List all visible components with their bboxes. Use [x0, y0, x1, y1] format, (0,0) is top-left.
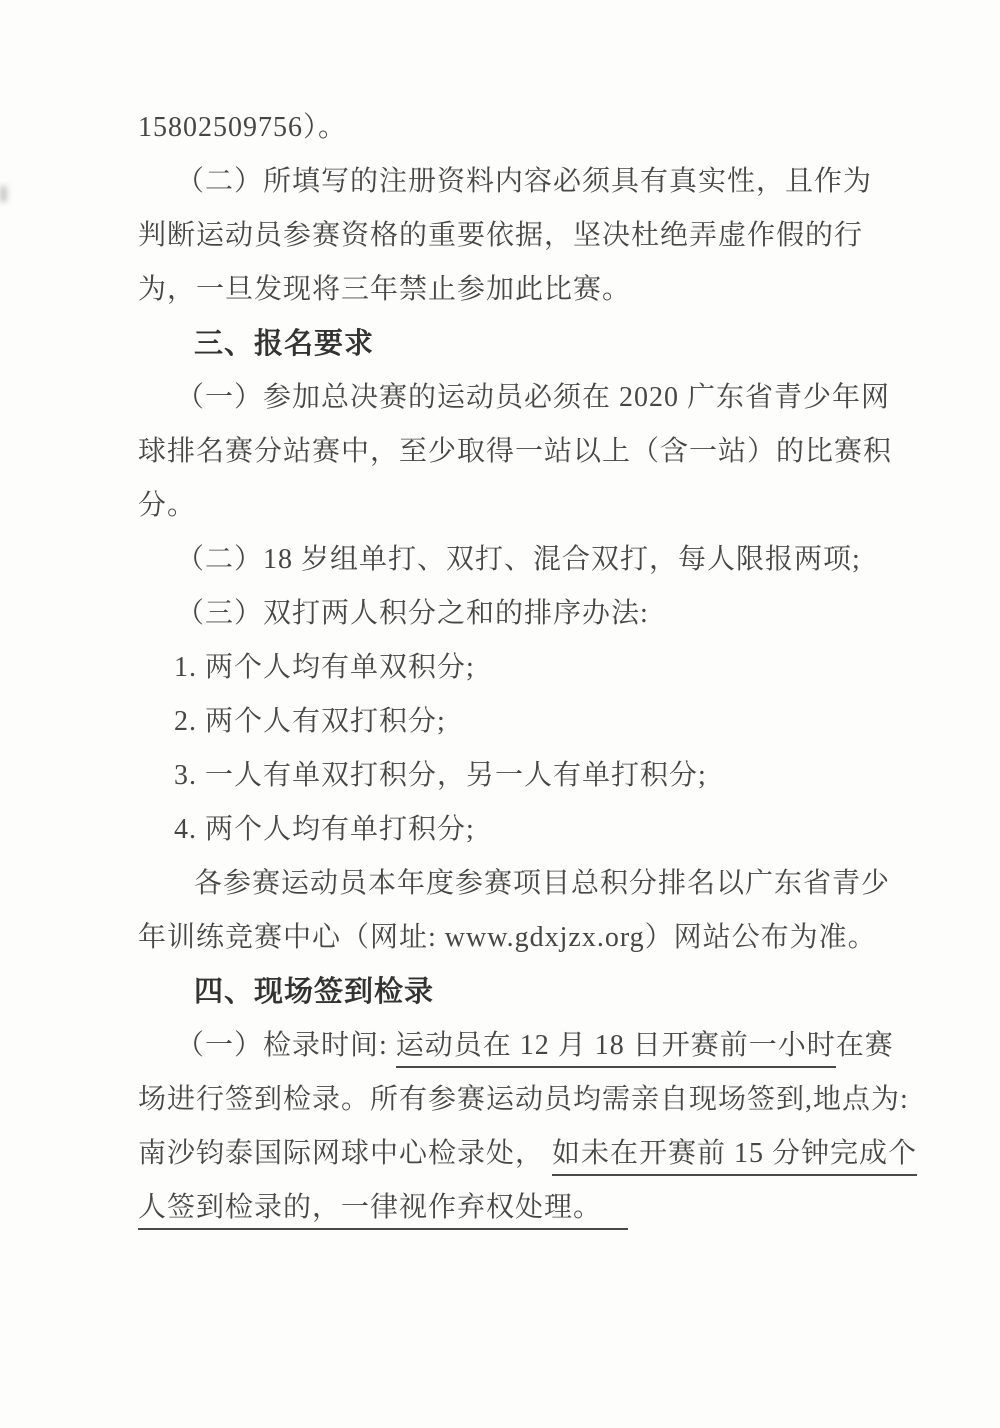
- doc-line: 南沙钧泰国际网球中心检录处， 如未在开赛前 15 分钟完成个: [138, 1127, 940, 1181]
- doc-line: （三）双打两人积分之和的排序办法:: [138, 587, 940, 641]
- doc-line: 分。: [138, 479, 940, 533]
- doc-line: 球排名赛分站赛中，至少取得一站以上（含一站）的比赛积: [138, 425, 940, 479]
- doc-line: 2. 两个人有双打积分;: [138, 695, 940, 749]
- underlined-text-segment: 运动员在 12 月 18 日开赛前一小时: [396, 1030, 836, 1068]
- underlined-text-segment: 如未在开赛前 15 分钟完成个: [552, 1138, 917, 1176]
- text-segment: 15802509756）。: [138, 112, 347, 143]
- document-body: 15802509756）。（二）所填写的注册资料内容必须具有真实性，且作为判断运…: [138, 101, 940, 1235]
- text-segment: 为，一旦发现将三年禁止参加此比赛。: [138, 274, 631, 305]
- text-segment: 年训练竞赛中心（网址: www.gdxjzx.org）网站公布为准。: [138, 922, 877, 953]
- text-segment: 各参赛运动员本年度参赛项目总积分排名以广东省青少: [194, 868, 890, 899]
- text-segment: 分。: [138, 490, 196, 521]
- doc-line: （一）检录时间: 运动员在 12 月 18 日开赛前一小时在赛: [138, 1019, 940, 1073]
- doc-line: （二）所填写的注册资料内容必须具有真实性，且作为: [138, 155, 940, 209]
- section-heading: 三、报名要求: [138, 317, 940, 371]
- text-segment: 球排名赛分站赛中，至少取得一站以上（含一站）的比赛积: [138, 436, 892, 467]
- doc-line: 1. 两个人均有单双积分;: [138, 641, 940, 695]
- doc-line: 年训练竞赛中心（网址: www.gdxjzx.org）网站公布为准。: [138, 911, 940, 965]
- section-heading: 四、现场签到检录: [138, 965, 940, 1019]
- text-segment: （二）18 岁组单打、双打、混合双打，每人限报两项;: [176, 544, 861, 575]
- doc-line: 人签到检录的，一律视作弃权处理。: [138, 1181, 940, 1235]
- scan-artifact: [0, 186, 7, 202]
- doc-line: 4. 两个人均有单打积分;: [138, 803, 940, 857]
- doc-line: 场进行签到检录。所有参赛运动员均需亲自现场签到,地点为:: [138, 1073, 940, 1127]
- doc-line: 判断运动员参赛资格的重要依据，坚决杜绝弄虚作假的行: [138, 209, 940, 263]
- doc-line: （一）参加总决赛的运动员必须在 2020 广东省青少年网: [138, 371, 940, 425]
- underlined-text-segment: 人签到检录的，一律视作弃权处理。: [138, 1192, 628, 1230]
- text-segment: （一）参加总决赛的运动员必须在 2020 广东省青少年网: [176, 382, 890, 413]
- doc-line: （二）18 岁组单打、双打、混合双打，每人限报两项;: [138, 533, 940, 587]
- text-segment: 判断运动员参赛资格的重要依据，坚决杜绝弄虚作假的行: [138, 220, 863, 251]
- text-segment: （二）所填写的注册资料内容必须具有真实性，且作为: [176, 166, 872, 197]
- text-segment: （一）检录时间:: [176, 1030, 396, 1061]
- text-segment: （三）双打两人积分之和的排序办法:: [176, 598, 649, 629]
- text-segment: 三、报名要求: [194, 328, 374, 360]
- text-segment: 在赛: [836, 1030, 894, 1061]
- text-segment: 场进行签到检录。所有参赛运动员均需亲自现场签到,地点为:: [138, 1084, 909, 1115]
- text-segment: 2. 两个人有双打积分;: [174, 706, 446, 737]
- doc-line: 各参赛运动员本年度参赛项目总积分排名以广东省青少: [138, 857, 940, 911]
- text-segment: 3. 一人有单双打积分，另一人有单打积分;: [174, 760, 707, 791]
- text-segment: 1. 两个人均有单双积分;: [174, 652, 475, 683]
- text-segment: 四、现场签到检录: [194, 976, 434, 1008]
- doc-line: 3. 一人有单双打积分，另一人有单打积分;: [138, 749, 940, 803]
- text-segment: 南沙钧泰国际网球中心检录处，: [138, 1138, 552, 1169]
- text-segment: 4. 两个人均有单打积分;: [174, 814, 475, 845]
- document-page: 15802509756）。（二）所填写的注册资料内容必须具有真实性，且作为判断运…: [0, 0, 1000, 1428]
- doc-line: 为，一旦发现将三年禁止参加此比赛。: [138, 263, 940, 317]
- doc-line: 15802509756）。: [138, 101, 940, 155]
